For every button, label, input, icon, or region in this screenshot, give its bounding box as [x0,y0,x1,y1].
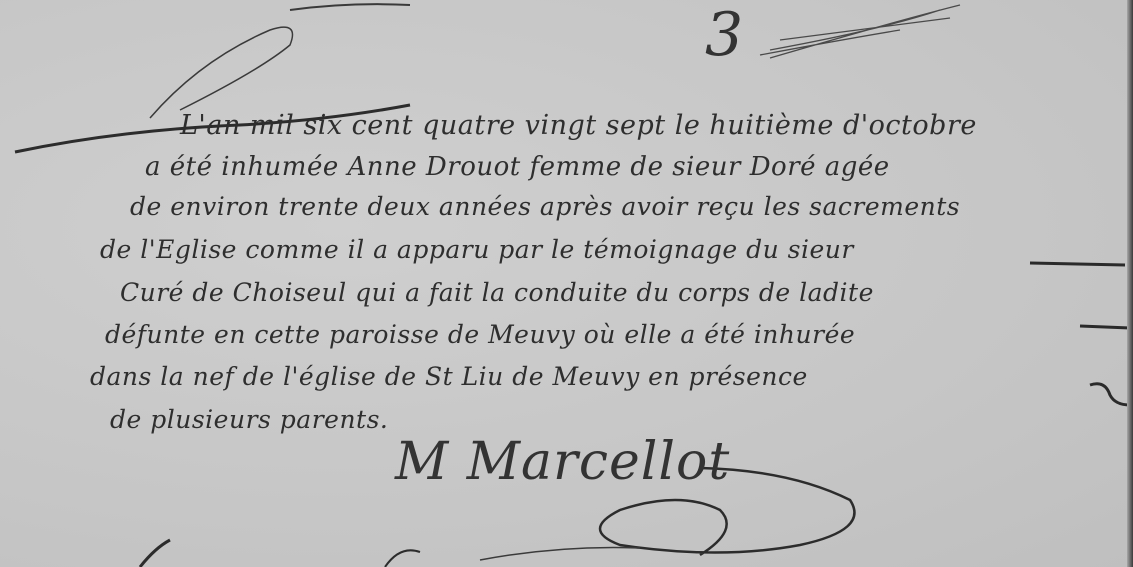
page-edge-shadow [1127,0,1133,567]
text-line-7: dans la nef de l'église de St Liu de Meu… [90,362,808,391]
text-line-8: de plusieurs parents. [110,405,388,434]
priest-signature: M Marcellot [395,432,730,492]
text-line-4: de l'Eglise comme il a apparu par le tém… [100,235,854,264]
text-line-3: de environ trente deux années après avoi… [130,192,960,221]
document-scan: 3 L'an mil six cent quatre vingt sept le… [0,0,1133,567]
text-line-5: Curé de Choiseul qui a fait la conduite … [120,278,874,307]
text-line-1: L'an mil six cent quatre vingt sept le h… [180,110,977,141]
text-line-6: défunte en cette paroisse de Meuvy où el… [105,320,855,349]
text-line-2: a été inhumée Anne Drouot femme de sieur… [145,152,890,182]
